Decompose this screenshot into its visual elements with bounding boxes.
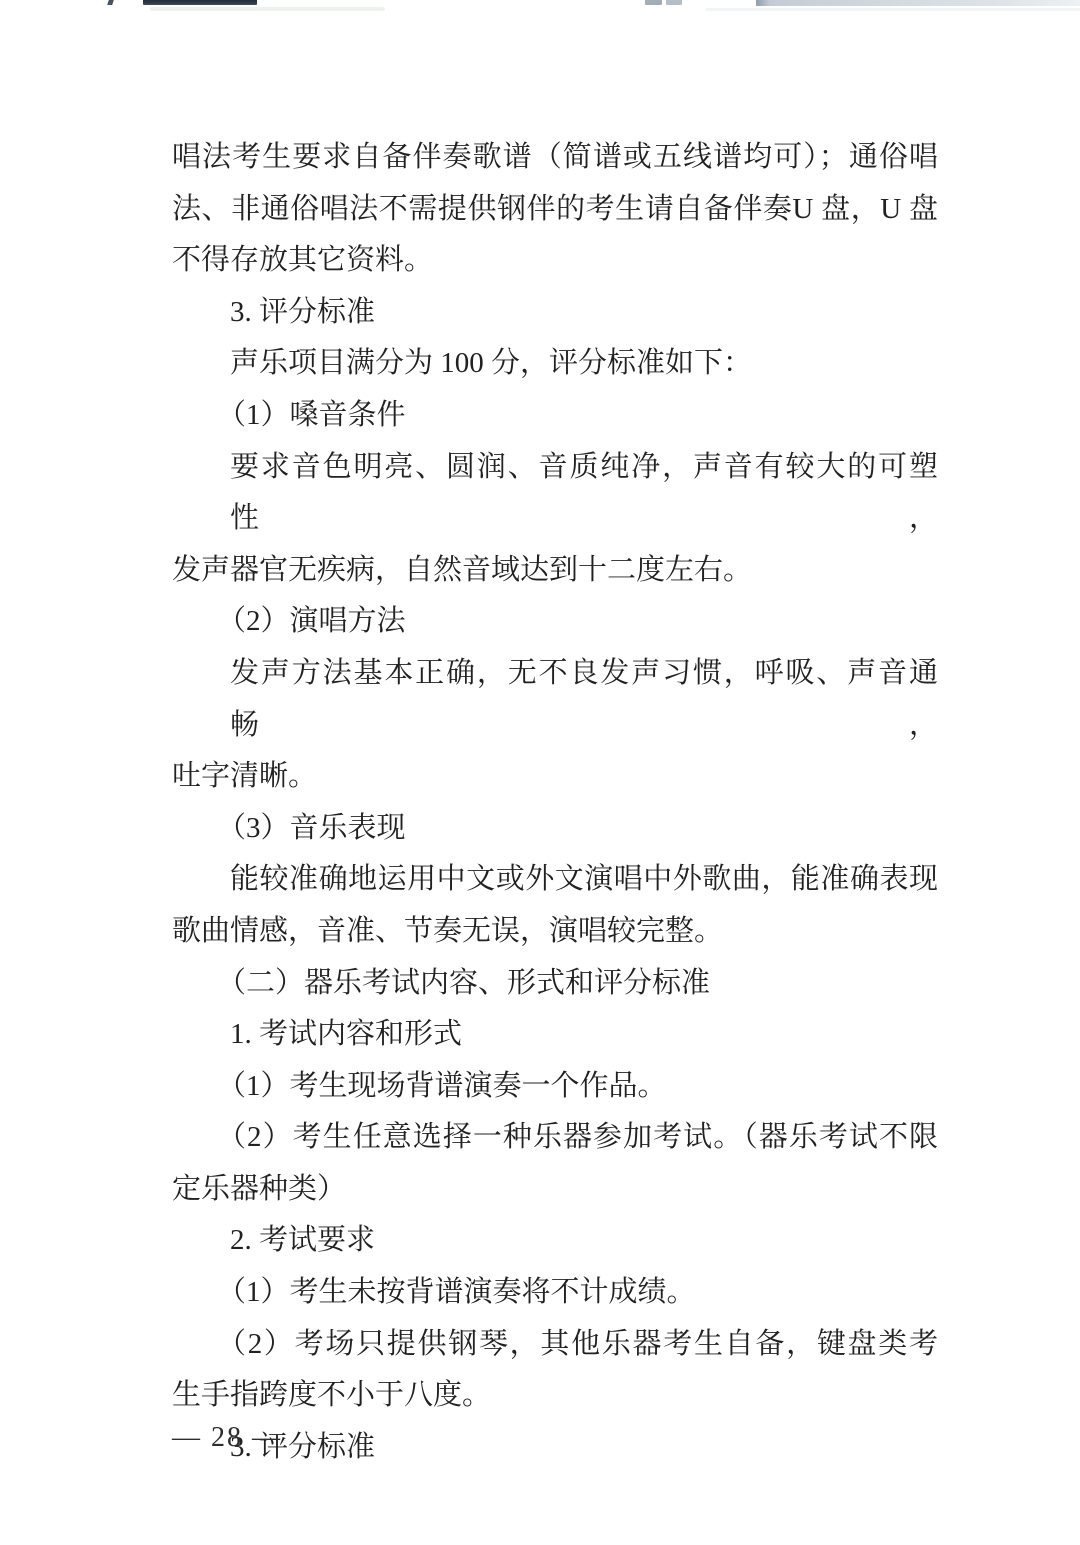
document-line: 定乐器种类） bbox=[172, 1164, 938, 1216]
document-line: （3）音乐表现 bbox=[172, 803, 938, 855]
document-line: 3. 评分标准 bbox=[172, 287, 938, 339]
page-number: — 28 — bbox=[172, 1422, 282, 1454]
document-line: 不得存放其它资料。 bbox=[172, 235, 938, 287]
document-line: （1）考生未按背谱演奏将不计成绩。 bbox=[172, 1267, 938, 1319]
scan-artifact-light-bar bbox=[756, 0, 1080, 6]
document-body: 唱法考生要求自备伴奏歌谱（简谱或五线谱均可）；通俗唱法、非通俗唱法不需提供钢伴的… bbox=[172, 132, 938, 1473]
document-line: 歌曲情感，音准、节奏无误，演唱较完整。 bbox=[172, 906, 938, 958]
document-line: （2）考生任意选择一种乐器参加考试。（器乐考试不限 bbox=[172, 1112, 938, 1164]
document-line: 3. 评分标准 bbox=[172, 1422, 938, 1474]
document-line: 2. 考试要求 bbox=[172, 1215, 938, 1267]
scan-artifact-gray-mark bbox=[645, 0, 662, 5]
document-line: （1）嗓音条件 bbox=[172, 390, 938, 442]
scan-artifact-light-bar-smear bbox=[706, 8, 1080, 11]
document-line: 吐字清晰。 bbox=[172, 751, 938, 803]
document-line: 发声方法基本正确，无不良发声习惯，呼吸、声音通畅， bbox=[172, 648, 938, 751]
document-line: （2）演唱方法 bbox=[172, 596, 938, 648]
scan-artifact-gray-mark bbox=[666, 0, 682, 5]
document-line: 能较准确地运用中文或外文演唱中外歌曲，能准确表现 bbox=[172, 854, 938, 906]
document-line: 1. 考试内容和形式 bbox=[172, 1009, 938, 1061]
document-line: 声乐项目满分为 100 分，评分标准如下： bbox=[172, 338, 938, 390]
scan-artifact-speck bbox=[107, 0, 114, 5]
document-line: 唱法考生要求自备伴奏歌谱（简谱或五线谱均可）；通俗唱 bbox=[172, 132, 938, 184]
document-line: 发声器官无疾病，自然音域达到十二度左右。 bbox=[172, 545, 938, 597]
document-line: 生手指跨度不小于八度。 bbox=[172, 1370, 938, 1422]
document-line: 法、非通俗唱法不需提供钢伴的考生请自备伴奏U 盘，U 盘 bbox=[172, 184, 938, 236]
document-line: （1）考生现场背谱演奏一个作品。 bbox=[172, 1061, 938, 1113]
scan-artifact-dark-bar bbox=[143, 0, 257, 5]
document-line: （二）器乐考试内容、形式和评分标准 bbox=[172, 958, 938, 1010]
document-line: 要求音色明亮、圆润、音质纯净，声音有较大的可塑性， bbox=[172, 442, 938, 545]
scanned-document-page: { "document": { "lines": [ { "text": "唱法… bbox=[0, 0, 1080, 1545]
document-line: （2）考场只提供钢琴，其他乐器考生自备，键盘类考 bbox=[172, 1319, 938, 1371]
scan-artifact-dark-bar-smear bbox=[150, 7, 385, 11]
